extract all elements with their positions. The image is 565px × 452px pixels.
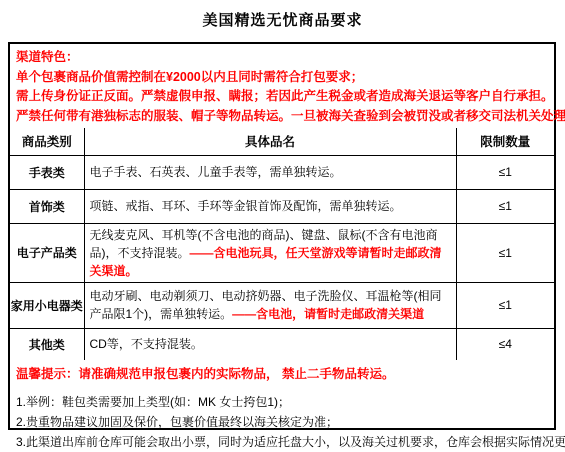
page-title: 美国精选无忧商品要求 [0,0,565,30]
channel-notes: 渠道特色： 单个包裹商品价值需控制在¥2000以内且同时需符合打包要求； 需上传… [10,44,554,128]
description-cell: 无线麦克风、耳机等(不含电池的商品)、键盘、鼠标(不含有电池商品)，不支持混装。… [84,223,456,282]
intro-line-value-limit: 单个包裹商品价值需控制在¥2000以内且同时需符合打包要求； [16,68,548,88]
table-row-electronics: 电子产品类 无线麦克风、耳机等(不含电池的商品)、键盘、鼠标(不含有电池商品)，… [10,223,554,282]
intro-line-id-upload: 需上传身份证正反面。严禁虚假申报、瞒报；若因此产生税金或者造成海关退运等客户自行… [16,87,548,107]
limit-cell: ≤4 [456,328,554,360]
intro-line-prohibited: 严禁任何带有港独标志的服装、帽子等物品转运。一旦被海关查验到会被罚没或者移交司法… [16,107,548,127]
description-cell: CD等，不支持混装。 [84,328,456,360]
limit-cell: ≤1 [456,223,554,282]
col-header-category: 商品类别 [10,128,84,155]
col-header-limit: 限制数量 [456,128,554,155]
limit-cell: ≤1 [456,155,554,189]
description-cell: 项链、戒指、耳环、手环等金银首饰及配饰，需单独转运。 [84,189,456,223]
limit-cell: ≤1 [456,282,554,328]
description-warning-text: ——含电池，请暂时走邮政清关渠道 [232,307,424,321]
intro-line-channel-feature: 渠道特色： [16,48,548,68]
description-cell: 电动牙刷、电动剃须刀、电动挤奶器、电子洗脸仪、耳温枪等(相同产品限1个)，需单独… [84,282,456,328]
category-cell: 家用小电器类 [10,282,84,328]
description-text: 电子手表、石英表、儿童手表等，需单独转运。 [90,165,342,179]
warm-reminder-text: 温馨提示：请准确规范申报包裹内的实际物品， 禁止二手物品转运。 [16,365,548,384]
category-cell: 电子产品类 [10,223,84,282]
description-text: 项链、戒指、耳环、手环等金银首饰及配饰，需单独转运。 [90,199,402,213]
category-cell: 首饰类 [10,189,84,223]
bottom-notes: 温馨提示：请准确规范申报包裹内的实际物品， 禁止二手物品转运。 1.举例：鞋包类… [10,360,554,434]
category-cell: 手表类 [10,155,84,189]
note-item-2: 2.贵重物品建议加固及保价，包裹价值最终以海关核定为准； [16,412,548,432]
table-header-row: 商品类别 具体品名 限制数量 [10,128,554,155]
table-row-home-appliances: 家用小电器类 电动牙刷、电动剃须刀、电动挤奶器、电子洗脸仪、耳温枪等(相同产品限… [10,282,554,328]
table-row-others: 其他类 CD等，不支持混装。 ≤4 [10,328,554,360]
description-text: CD等，不支持混装。 [90,337,203,351]
table-row-jewelry: 首饰类 项链、戒指、耳环、手环等金银首饰及配饰，需单独转运。 ≤1 [10,189,554,223]
note-item-1: 1.举例：鞋包类需要加上类型(如：MK 女士挎包1)； [16,392,548,412]
limit-cell: ≤1 [456,189,554,223]
table-row-watches: 手表类 电子手表、石英表、儿童手表等，需单独转运。 ≤1 [10,155,554,189]
category-cell: 其他类 [10,328,84,360]
description-cell: 电子手表、石英表、儿童手表等，需单独转运。 [84,155,456,189]
product-table: 商品类别 具体品名 限制数量 手表类 电子手表、石英表、儿童手表等，需单独转运。… [10,128,554,360]
content-box: 渠道特色： 单个包裹商品价值需控制在¥2000以内且同时需符合打包要求； 需上传… [8,42,556,430]
col-header-item-name: 具体品名 [84,128,456,155]
